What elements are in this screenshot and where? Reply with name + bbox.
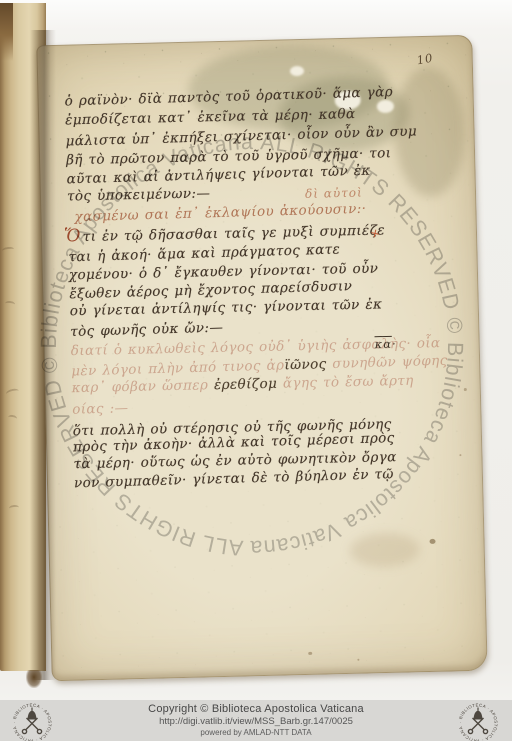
manuscript-line: τὸς φωνῆς οὐκ ὤν:— [70,320,223,341]
show-through-marks [8,414,18,421]
faded-text: συνηθῶν ψόφης [326,353,447,372]
book-spine-edge [0,3,13,61]
marginal-note-red: δὶ αὐτοὶ [305,185,363,200]
footer-bar: Copyright © Biblioteca Apostolica Vatica… [0,700,512,741]
footer-text: Copyright © Biblioteca Apostolica Vatica… [148,703,364,738]
footer-url: http://digi.vatlib.it/view/MSS_Barb.gr.1… [148,716,364,728]
crossed-keys-icon [22,718,41,734]
margin-chapter-number: κα· [375,337,396,352]
show-through-marks [5,300,16,307]
overwritten-text: ϊῶνος [284,356,327,373]
faded-rubric-line: οίας :— [72,400,129,419]
chapter-numeral: κα [375,337,393,351]
papal-tiara-icon [474,708,483,720]
chapter-dot: · [392,337,396,351]
manuscript-page: 10 ὁ ραϊνὸν· δϊὰ παντὸς τοῦ ὁρατικοῦ· ἅμ… [36,35,487,681]
rubricated-initial: Ὅ [64,226,81,246]
footer-copyright: Copyright © Biblioteca Apostolica Vatica… [148,703,364,716]
crossed-keys-icon [468,718,487,734]
faded-text: καρ᾽ φόβαν ὥσπερ [72,377,215,396]
show-through-marks [2,246,15,254]
papal-tiara-icon [28,708,37,720]
manuscript-text-block: ὁ ραϊνὸν· δϊὰ παντὸς τοῦ ὁρατικοῦ· ἅμα γ… [37,36,486,680]
vatican-seal-icon: · BIBLIOTECA · APOSTOLICA · VATICANA [456,701,500,741]
digitized-manuscript-view: 10 ὁ ραϊνὸν· δϊὰ παντὸς τοῦ ὁρατικοῦ· ἅμ… [0,0,512,741]
overwritten-text: ἐρεθίζομ [214,376,278,393]
show-through-marks [5,388,19,398]
faded-text: ἄγης τὸ ἔσω ἄρτη [277,373,414,392]
vatican-seal-icon: · BIBLIOTECA · APOSTOLICA · VATICANA [10,701,54,741]
footer-powered-by: powered by AMLAD-NTT DATA [148,728,364,738]
gutter-shadow-bottom [26,670,42,688]
show-through-marks [9,504,20,511]
manuscript-line: τὸς ὑποκειμένων:— [67,185,211,205]
gutter-shadow [30,30,56,680]
